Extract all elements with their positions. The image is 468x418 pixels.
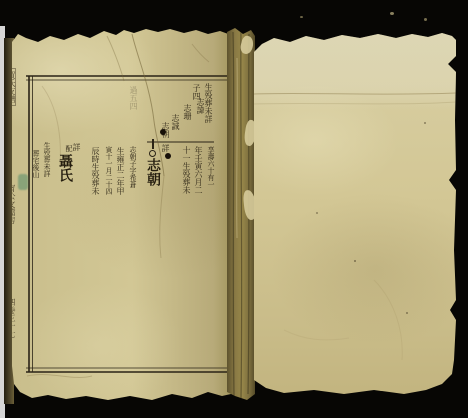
spouse-column-2: 葬宅後山 bbox=[32, 150, 39, 178]
entry-column-5: 詳 bbox=[72, 143, 80, 151]
paper-speck bbox=[406, 312, 408, 314]
torn-paper-fleck bbox=[390, 12, 394, 15]
spouse-prefix: 配 bbox=[65, 145, 72, 152]
son-name-3: 志誠 bbox=[171, 114, 179, 130]
left-printed-page: 賀氏支譜 甯公文檔房 四卷三十七 過五四 生殁葬未詳 子四 志諱 志珊 志誠 志… bbox=[12, 26, 231, 402]
spouse-name-large: 聶氏 bbox=[57, 154, 71, 182]
printed-frame-and-creases bbox=[12, 26, 231, 402]
entry-column-1: 志朝子字希蒼 bbox=[129, 146, 136, 188]
spouse-column-1: 生殁葬未詳 bbox=[43, 142, 50, 177]
bullet-dot-lower bbox=[165, 153, 171, 159]
detail-column-1: 享壽六十有一 bbox=[207, 146, 214, 188]
right-blank-page bbox=[254, 30, 456, 398]
detail-column-3: 十一生殁葬未 bbox=[182, 146, 190, 194]
bleed-through-text: 過五四 bbox=[129, 86, 137, 110]
son-name-2: 志珊 bbox=[183, 104, 191, 120]
entry-column-3: 寅十一月二十四 bbox=[105, 146, 112, 195]
right-page-creases bbox=[254, 30, 456, 398]
lineage-connector-line bbox=[152, 139, 154, 149]
photo-of-open-genealogy-book: 賀氏支譜 甯公文檔房 四卷三十七 過五四 生殁葬未詳 子四 志諱 志珊 志誠 志… bbox=[0, 0, 468, 418]
entry-column-4: 辰時生殁葬未 bbox=[91, 147, 99, 195]
teal-stamp-mark bbox=[18, 174, 28, 190]
paper-speck bbox=[424, 122, 426, 124]
paper-speck bbox=[316, 212, 318, 214]
lineage-connector-circle bbox=[149, 150, 156, 157]
torn-paper-fleck bbox=[300, 16, 303, 18]
detail-column-4: 詳 bbox=[161, 144, 169, 152]
paper-speck bbox=[354, 260, 356, 262]
upper-note-column: 生殁葬未詳 bbox=[204, 83, 212, 123]
entry-name-large: 志朝 bbox=[145, 158, 159, 186]
son-name-1: 志諱 bbox=[196, 98, 204, 114]
book-spine-binding bbox=[227, 28, 255, 400]
detail-column-2: 年壬寅六月二 bbox=[194, 146, 202, 194]
torn-paper-fleck bbox=[424, 18, 427, 21]
entry-column-2: 生雍正二年甲 bbox=[116, 147, 124, 195]
bullet-dot-upper bbox=[160, 129, 166, 135]
